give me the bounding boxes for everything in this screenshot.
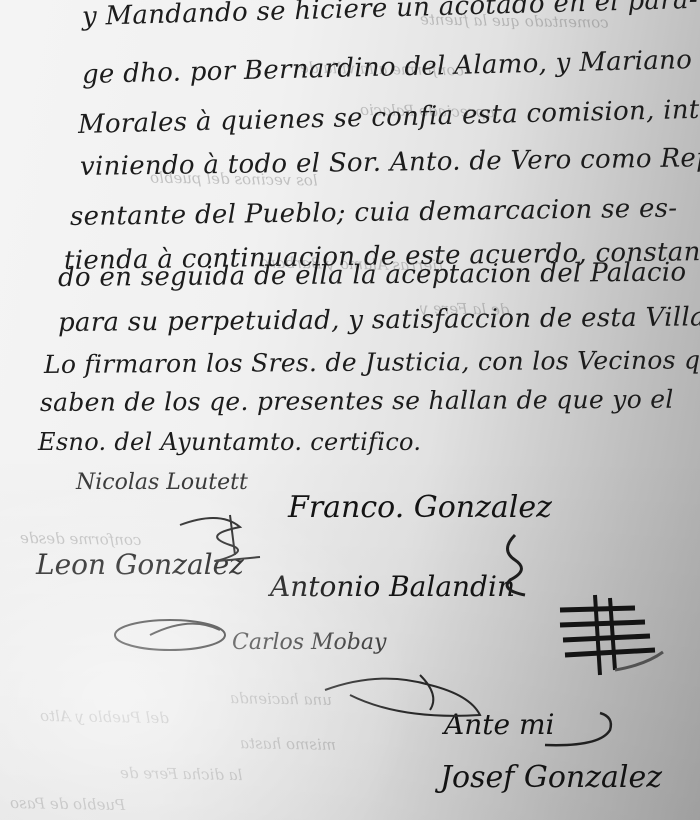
body-line: sentante del Pueblo; cuia demarcacion se… [70,194,678,232]
body-line: viniendo à todo el Sor. Anto. de Vero co… [80,143,700,182]
body-line: Lo firmaron los Sres. de Justicia, con l… [44,345,700,379]
notarial-sign-icon [555,590,665,680]
signature-francisco-gonzalez: Franco. Gonzalez [288,490,552,525]
signature-nicolas-loutett: Nicolas Loutett [76,470,248,495]
signature-antonio-balandin: Antonio Balandin [270,570,515,603]
rubric-flourish-icon [160,505,280,565]
bleed-through-line: del Pueblo y Alto [40,707,169,727]
bleed-through-line: conforme desde [20,529,142,549]
body-line: Esno. del Ayuntamto. certifico. [38,428,421,456]
signature-carlos-mobay: Carlos Mobay [232,630,386,655]
rubric-flourish-icon [110,610,230,660]
body-line: ge dho. por Bernardino del Alamo, y Mari… [82,45,693,90]
bleed-through-line: Pueblo de Paso [10,794,125,814]
bleed-through-line: mismo hasta [240,734,336,754]
bleed-through-line: una hacienda [230,689,332,709]
signature-josef-gonzalez: Josef Gonzalez [440,760,662,795]
body-line: do en seguida de ella la aceptacion del … [58,258,687,293]
rubric-flourish-icon [320,660,490,730]
rubric-flourish-icon [495,530,535,600]
bleed-through-line: la dicha Fere de [120,764,243,784]
manuscript-page: comentado que la fuente conforme a la vi… [0,0,700,820]
body-line: saben de los qe. presentes se hallan de … [40,385,674,417]
body-line: para su perpetuidad, y satisfaccion de e… [58,302,700,338]
signature-underline-flourish-icon [540,705,620,755]
